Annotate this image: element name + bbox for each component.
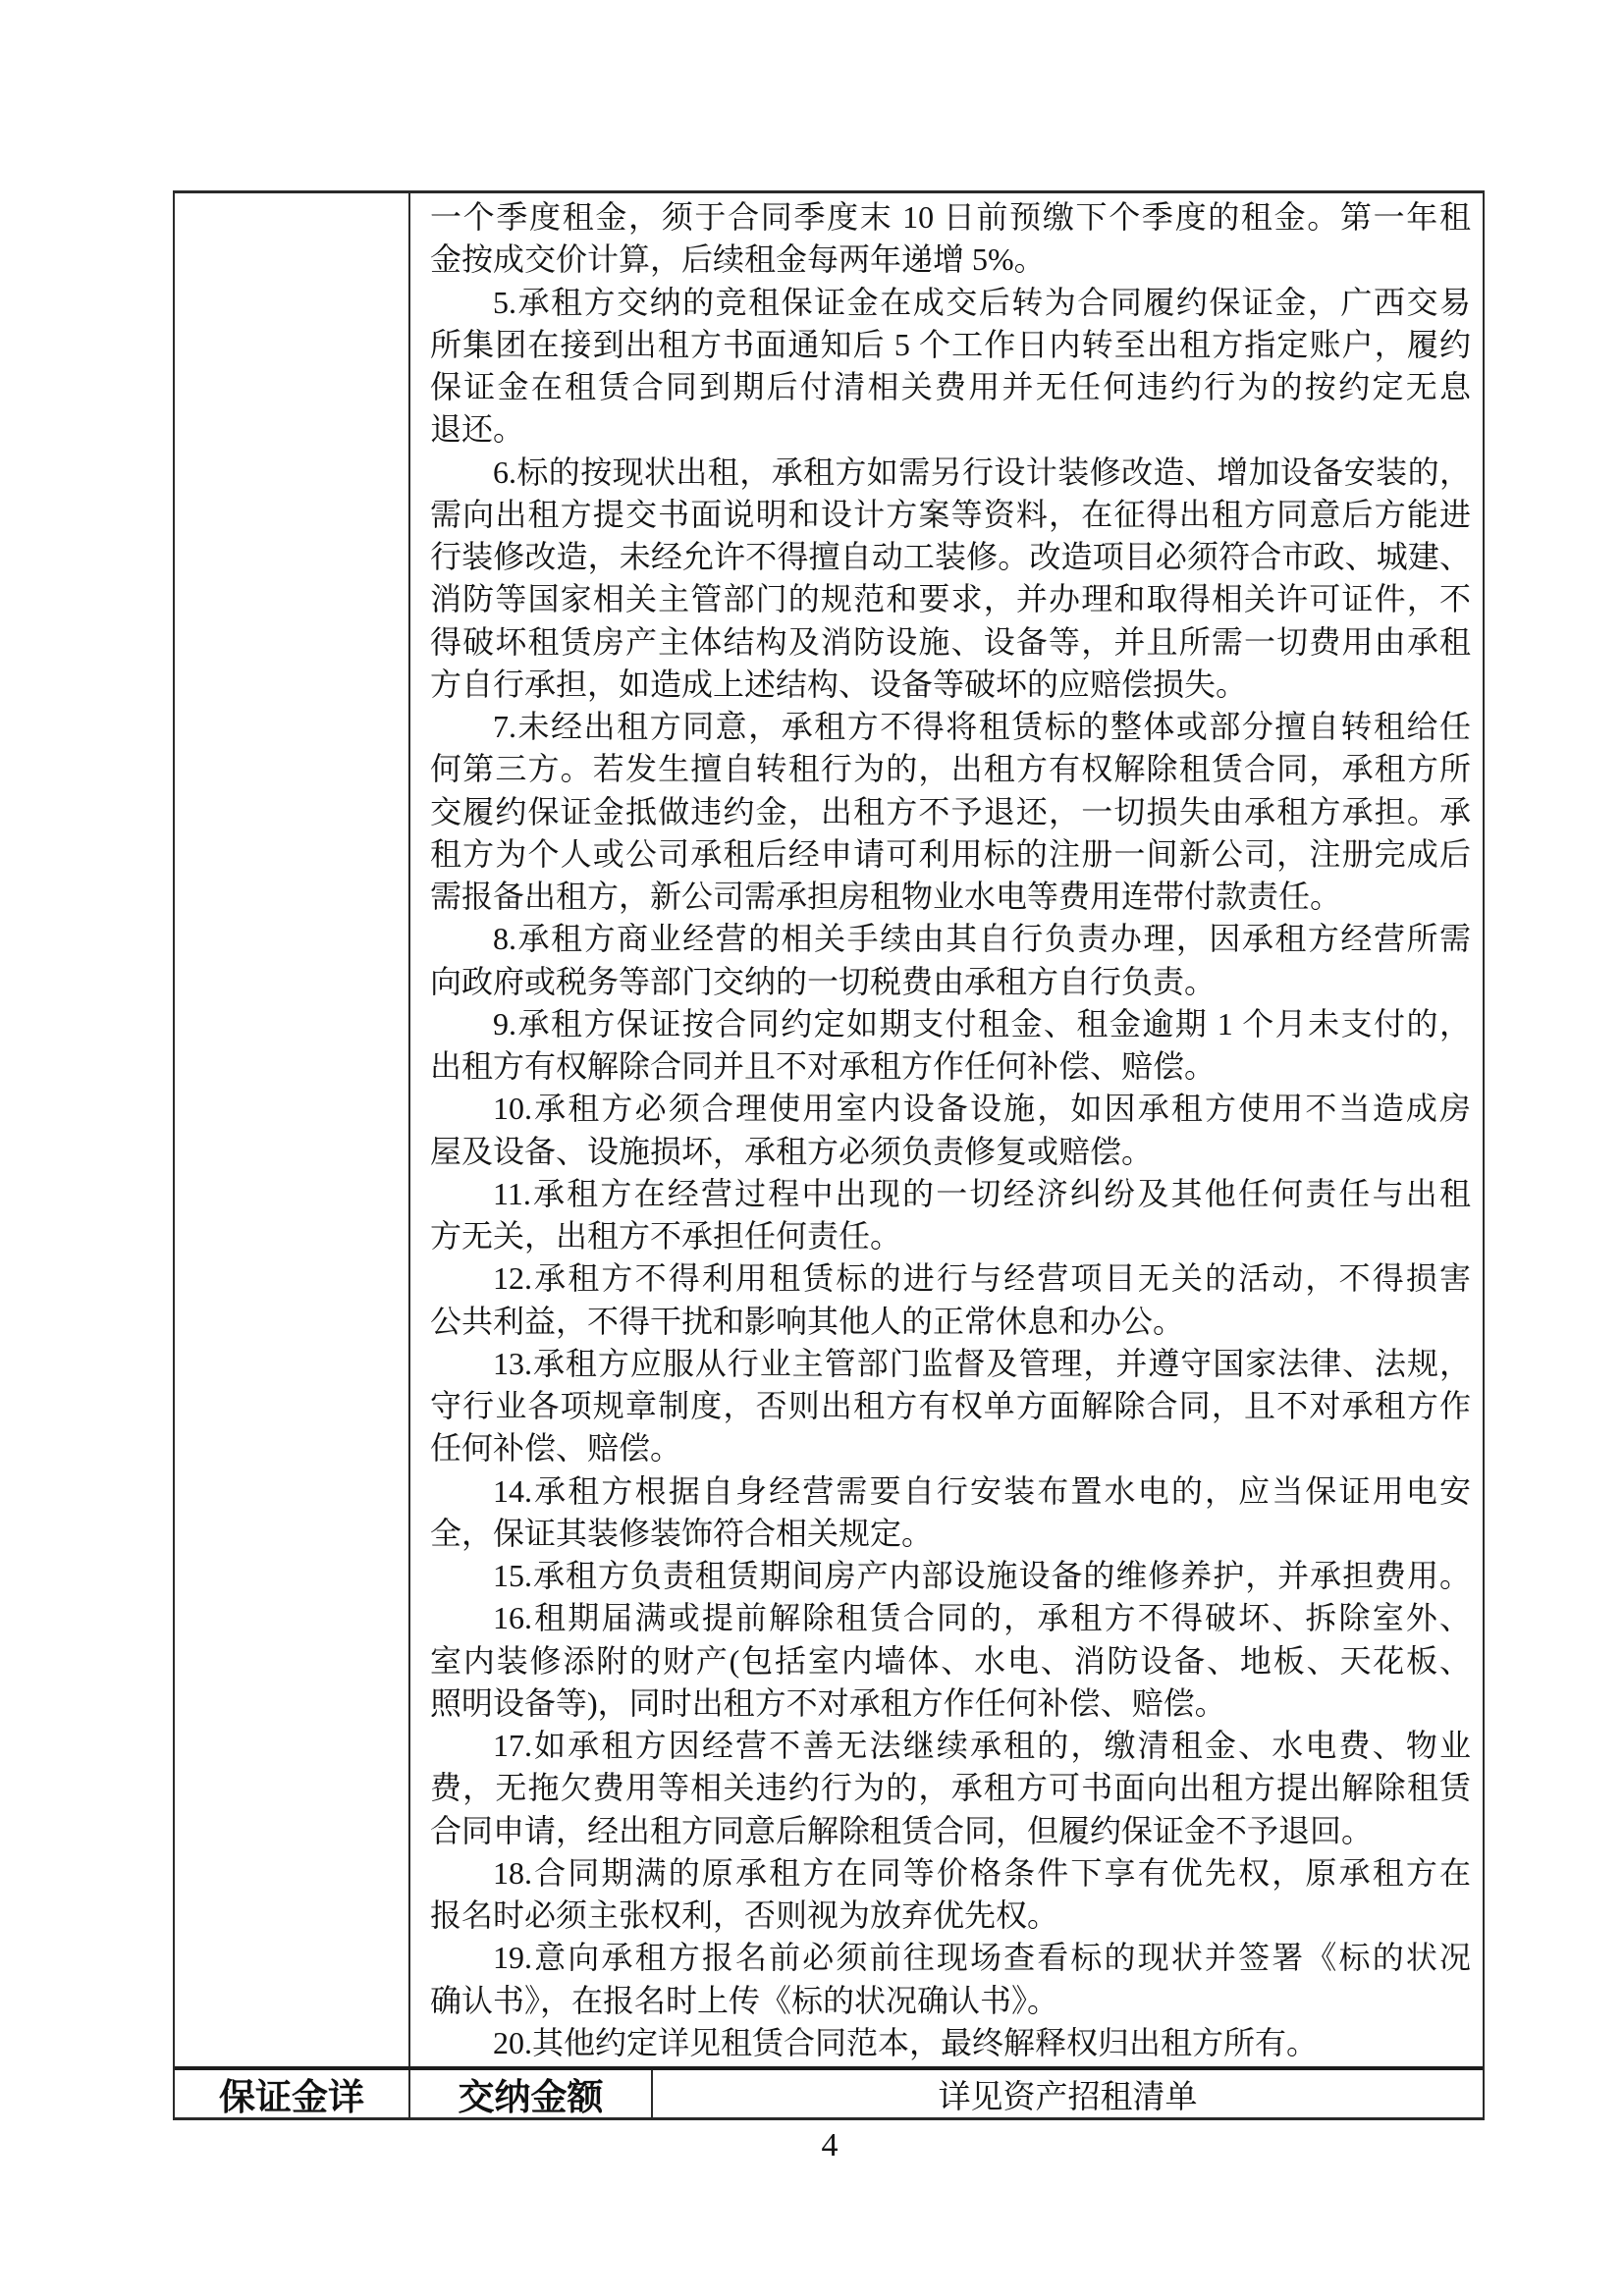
clause-16-line-1: 16.租期届满或提前解除租赁合同的，承租方不得破坏、拆除室外、 — [430, 1597, 1471, 1639]
clause-7-line-3: 交履约保证金抵做违约金，出租方不予退还，一切损失由承租方承担。承 — [430, 791, 1471, 833]
clause-9-line-1: 9.承租方保证按合同约定如期支付租金、租金逾期 1 个月未支付的， — [430, 1003, 1471, 1045]
clause-17-line-1: 17.如承租方因经营不善无法继续承租的，缴清租金、水电费、物业 — [430, 1725, 1471, 1767]
clause-15-line-1: 15.承租方负责租赁期间房产内部设施设备的维修养护，并承担费用。 — [430, 1555, 1471, 1597]
clause-7-line-1: 7.未经出租方同意，承租方不得将租赁标的整体或部分擅自转租给任 — [430, 706, 1471, 748]
terms-content-cell: 一个季度租金，须于合同季度末 10 日前预缴下个季度的租金。第一年租金按成交价计… — [410, 193, 1483, 2066]
clause-14-line-1: 14.承租方根据自身经营需要自行安装布置水电的，应当保证用电安 — [430, 1470, 1471, 1513]
clause-16-line-3: 照明设备等)，同时出租方不对承租方作任何补偿、赔偿。 — [430, 1682, 1471, 1725]
contract-terms-table: 一个季度租金，须于合同季度末 10 日前预缴下个季度的租金。第一年租金按成交价计… — [173, 190, 1485, 2120]
terms-row: 一个季度租金，须于合同季度末 10 日前预缴下个季度的租金。第一年租金按成交价计… — [175, 193, 1483, 2066]
clause-6-line-6: 方自行承担，如造成上述结构、设备等破坏的应赔偿损失。 — [430, 664, 1471, 706]
document-page: 一个季度租金，须于合同季度末 10 日前预缴下个季度的租金。第一年租金按成交价计… — [0, 0, 1624, 2296]
clause-14-line-2: 全，保证其装修装饰符合相关规定。 — [430, 1513, 1471, 1555]
clause-17-line-3: 合同申请，经出租方同意后解除租赁合同，但履约保证金不予退回。 — [430, 1810, 1471, 1852]
clause-6-line-4: 消防等国家相关主管部门的规范和要求，并办理和取得相关许可证件，不 — [430, 578, 1471, 620]
clause-5-line-3: 保证金在租赁合同到期后付清相关费用并无任何违约行为的按约定无息 — [430, 366, 1471, 408]
clause-7-line-2: 何第三方。若发生擅自转租行为的，出租方有权解除租赁合同，承租方所 — [430, 748, 1471, 790]
payment-amount-label: 交纳金额 — [410, 2070, 653, 2117]
clauses-container: 一个季度租金，须于合同季度末 10 日前预缴下个季度的租金。第一年租金按成交价计… — [430, 196, 1471, 2064]
clause-12-line-2: 公共利益，不得干扰和影响其他人的正常休息和办公。 — [430, 1301, 1471, 1343]
clause-6-line-3: 行装修改造，未经允许不得擅自动工装修。改造项目必须符合市政、城建、 — [430, 536, 1471, 578]
clause-10-line-2: 屋及设备、设施损坏，承租方必须负责修复或赔偿。 — [430, 1131, 1471, 1173]
clause-9-line-2: 出租方有权解除合同并且不对承租方作任何补偿、赔偿。 — [430, 1045, 1471, 1088]
clause-7-line-4: 租方为个人或公司承租后经申请可利用标的注册一间新公司，注册完成后 — [430, 833, 1471, 876]
clause-6-line-1: 6.标的按现状出租，承租方如需另行设计装修改造、增加设备安装的， — [430, 452, 1471, 494]
payment-amount-value: 详见资产招租清单 — [653, 2070, 1483, 2117]
deposit-detail-label: 保证金详 — [175, 2070, 410, 2117]
clause-18-line-1: 18.合同期满的原承租方在同等价格条件下享有优先权，原承租方在 — [430, 1852, 1471, 1895]
clause-7-line-5: 需报备出租方，新公司需承担房租物业水电等费用连带付款责任。 — [430, 876, 1471, 918]
clause-17-line-2: 费，无拖欠费用等相关违约行为的，承租方可书面向出租方提出解除租赁 — [430, 1767, 1471, 1809]
clause-18-line-2: 报名时必须主张权利，否则视为放弃优先权。 — [430, 1895, 1471, 1937]
clause-5-line-2: 所集团在接到出租方书面通知后 5 个工作日内转至出租方指定账户，履约 — [430, 324, 1471, 366]
clause-10-line-1: 10.承租方必须合理使用室内设备设施，如因承租方使用不当造成房 — [430, 1088, 1471, 1130]
clause-13-line-3: 任何补偿、赔偿。 — [430, 1427, 1471, 1469]
clause-20-line-1: 20.其他约定详见租赁合同范本，最终解释权归出租方所有。 — [430, 2022, 1471, 2064]
clause-13-line-2: 守行业各项规章制度，否则出租方有权单方面解除合同，且不对承租方作 — [430, 1385, 1471, 1427]
terms-label-cell — [175, 193, 410, 2066]
clause-13-line-1: 13.承租方应服从行业主管部门监督及管理，并遵守国家法律、法规， — [430, 1343, 1471, 1385]
clause-12-line-1: 12.承租方不得利用租赁标的进行与经营项目无关的活动，不得损害 — [430, 1257, 1471, 1300]
clause-8-line-2: 向政府或税务等部门交纳的一切税费由承租方自行负责。 — [430, 961, 1471, 1003]
clause-4-continued-line-2: 金按成交价计算，后续租金每两年递增 5%。 — [430, 239, 1471, 281]
clause-19-line-2: 确认书》，在报名时上传《标的状况确认书》。 — [430, 1980, 1471, 2022]
clause-6-line-5: 得破坏租赁房产主体结构及消防设施、设备等，并且所需一切费用由承租 — [430, 621, 1471, 664]
page-number: 4 — [822, 2126, 839, 2165]
clause-5-line-1: 5.承租方交纳的竞租保证金在成交后转为合同履约保证金，广西交易 — [430, 282, 1471, 324]
clause-19-line-1: 19.意向承租方报名前必须前往现场查看标的现状并签署《标的状况 — [430, 1937, 1471, 1979]
clause-11-line-2: 方无关，出租方不承担任何责任。 — [430, 1215, 1471, 1257]
deposit-row: 保证金详 交纳金额 详见资产招租清单 — [175, 2066, 1483, 2117]
clause-11-line-1: 11.承租方在经营过程中出现的一切经济纠纷及其他任何责任与出租 — [430, 1173, 1471, 1215]
clause-6-line-2: 需向出租方提交书面说明和设计方案等资料，在征得出租方同意后方能进 — [430, 494, 1471, 536]
clause-4-continued-line-1: 一个季度租金，须于合同季度末 10 日前预缴下个季度的租金。第一年租 — [430, 196, 1471, 239]
clause-8-line-1: 8.承租方商业经营的相关手续由其自行负责办理，因承租方经营所需 — [430, 918, 1471, 960]
clause-5-line-4: 退还。 — [430, 408, 1471, 451]
clause-16-line-2: 室内装修添附的财产(包括室内墙体、水电、消防设备、地板、天花板、 — [430, 1640, 1471, 1682]
